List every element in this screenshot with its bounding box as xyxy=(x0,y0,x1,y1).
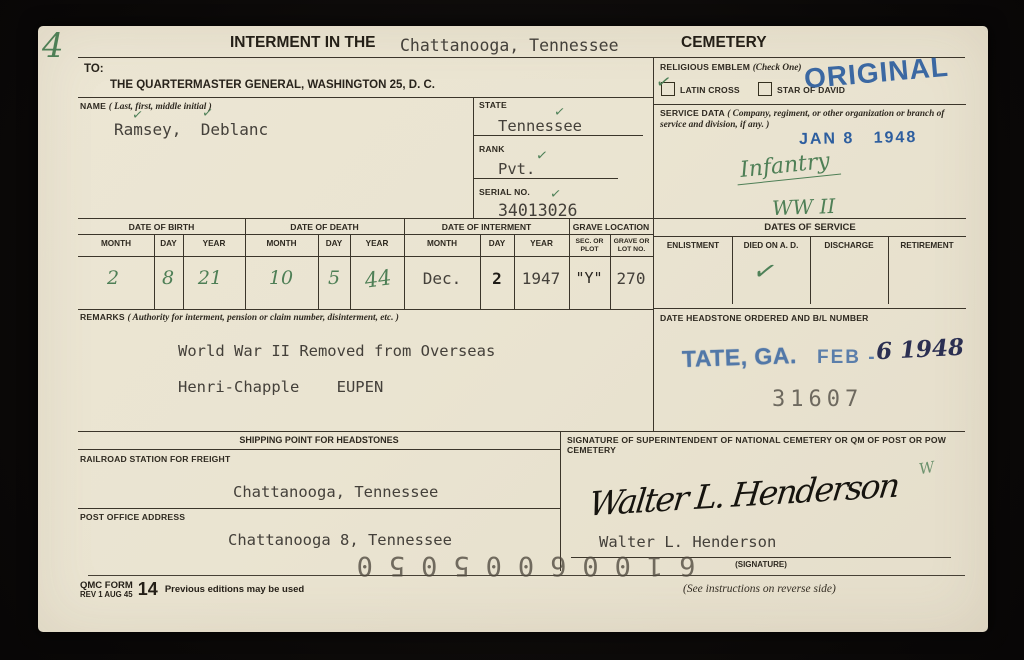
died-on-ad-header: DIED ON A. D. xyxy=(732,241,810,250)
document-page: 4 INTERMENT IN THE Chattanooga, Tennesse… xyxy=(38,26,988,632)
signature-script: Walter L. Henderson xyxy=(587,465,900,523)
birth-title: DATE OF BIRTH xyxy=(78,222,245,232)
form-title: INTERMENT IN THE xyxy=(230,34,376,52)
enlistment-header: ENLISTMENT xyxy=(654,241,732,250)
signature-green-mark: W xyxy=(918,458,936,478)
table-rule2 xyxy=(78,256,653,257)
latin-cross-checkbox: ✓ xyxy=(661,82,675,101)
lot-label: GRAVE OR LOT NO. xyxy=(610,238,653,253)
name-field-label: NAME ( Last, first, middle initial ) xyxy=(80,101,212,112)
form-id-line2: REV 1 AUG 45 xyxy=(80,590,133,599)
signature-typed: Walter L. Henderson xyxy=(599,533,776,551)
death-month-value: 10 xyxy=(269,267,293,289)
name-field-value: Ramsey, Deblanc xyxy=(114,120,268,139)
interment-month-value: Dec. xyxy=(423,269,462,288)
retirement-header: RETIREMENT xyxy=(888,241,966,250)
state-rank-serial-box: STATE ✓ Tennessee RANK ✓ Pvt. SERIAL NO.… xyxy=(473,98,654,218)
service-war-handwriting: WW II xyxy=(772,194,836,220)
col-month: MONTH xyxy=(245,239,318,248)
birth-month-value: 2 xyxy=(107,267,119,289)
birth-day-value: 8 xyxy=(162,267,174,289)
remarks-line-1: World War II Removed from Overseas xyxy=(178,342,495,360)
grave-plot-value: "Y" xyxy=(575,269,602,287)
railroad-value: Chattanooga, Tennessee xyxy=(233,483,438,501)
po-label: POST OFFICE ADDRESS xyxy=(80,512,185,522)
died-on-ad-check-icon: ✓ xyxy=(749,256,780,289)
col-month: MONTH xyxy=(78,239,154,248)
state-field-value: Tennessee xyxy=(474,117,643,136)
rank-field-value: Pvt. xyxy=(474,160,618,179)
grave-lot-value: 270 xyxy=(617,269,646,288)
shipping-title: SHIPPING POINT FOR HEADSTONES xyxy=(78,435,560,445)
addressee-value: THE QUARTERMASTER GENERAL, WASHINGTON 25… xyxy=(110,79,435,91)
original-stamp: ORIGINAL xyxy=(803,51,950,96)
latin-cross-label: LATIN CROSS xyxy=(680,85,740,95)
form-id-line1: QMC FORM xyxy=(80,581,133,590)
col-year: YEAR xyxy=(514,239,569,248)
railroad-label: RAILROAD STATION FOR FREIGHT xyxy=(80,454,230,464)
col-year: YEAR xyxy=(183,239,245,248)
plot-label: SEC. OR PLOT xyxy=(569,238,610,253)
col-day: DAY xyxy=(480,239,514,248)
page-number-annotation: 4 xyxy=(42,26,64,66)
service-branch-handwriting: Infantry xyxy=(735,148,841,186)
form-id-block: QMC FORM REV 1 AUG 45 14 Previous editio… xyxy=(80,579,304,600)
birth-year-value: 21 xyxy=(198,267,222,289)
headstone-ordered-label: DATE HEADSTONE ORDERED AND B/L NUMBER xyxy=(660,313,869,323)
table-rule xyxy=(78,234,653,235)
col-month: MONTH xyxy=(404,239,480,248)
signature-label: SIGNATURE OF SUPERINTENDENT OF NATIONAL … xyxy=(567,435,955,455)
interment-year-value: 1947 xyxy=(522,269,561,288)
rank-field-label: RANK xyxy=(479,144,505,154)
headstone-date-handwriting: 6 1948 xyxy=(875,334,964,366)
table-divider xyxy=(404,219,405,309)
religious-rule xyxy=(654,104,966,105)
remarks-label: REMARKS ( Authority for interment, pensi… xyxy=(80,312,399,323)
state-field-label: STATE xyxy=(479,100,507,110)
death-year-value: 44 xyxy=(363,265,393,292)
form-id: QMC FORM REV 1 AUG 45 xyxy=(80,581,133,599)
po-value: Chattanooga 8, Tennessee xyxy=(228,531,452,549)
control-number-stamp: 61006005050 xyxy=(308,550,728,581)
form-number: 14 xyxy=(138,579,158,600)
grave-title: GRAVE LOCATION xyxy=(569,222,653,232)
discharge-header: DISCHARGE xyxy=(810,241,888,250)
dates-of-service-title: DATES OF SERVICE xyxy=(654,222,966,233)
addressee-label: TO: xyxy=(84,63,104,75)
interment-title: DATE OF INTERMENT xyxy=(404,222,569,232)
star-of-david-checkbox xyxy=(758,82,772,101)
po-rule xyxy=(78,508,560,509)
table-divider xyxy=(245,219,246,309)
col-day: DAY xyxy=(154,239,183,248)
headstone-place-stamp: TATE, GA. xyxy=(682,342,798,373)
shipping-rule xyxy=(78,449,560,450)
death-day-value: 5 xyxy=(328,267,340,289)
religious-emblem-label: RELIGIOUS EMBLEM (Check One) xyxy=(660,62,802,73)
death-title: DATE OF DEATH xyxy=(245,222,404,232)
checkbox-icon xyxy=(758,82,772,96)
dos-bottom-rule xyxy=(654,308,966,309)
right-column: RELIGIOUS EMBLEM (Check One) ✓ LATIN CRO… xyxy=(653,57,966,431)
date-received-stamp: JAN 8 1948 xyxy=(799,129,918,149)
dates-table: DATE OF BIRTH DATE OF DEATH DATE OF INTE… xyxy=(78,218,653,310)
col-day: DAY xyxy=(318,239,350,248)
serial-field-label: SERIAL NO. xyxy=(479,187,530,197)
service-rule xyxy=(654,218,966,219)
interment-day-value: 2 xyxy=(492,269,502,288)
cemetery-name-field: Chattanooga, Tennessee xyxy=(400,36,619,55)
table-divider xyxy=(569,219,570,309)
reverse-side-note: (See instructions on reverse side) xyxy=(683,583,836,595)
bl-number: 31607 xyxy=(772,387,863,412)
headstone-month-stamp: FEB - xyxy=(817,347,877,369)
form-title-cemetery: CEMETERY xyxy=(681,34,767,52)
remarks-line-2: Henri-Chapple EUPEN xyxy=(178,378,383,396)
service-data-label: SERVICE DATA ( Company, regiment, or oth… xyxy=(660,108,958,130)
col-year: YEAR xyxy=(350,239,404,248)
form-note: Previous editions may be used xyxy=(165,584,304,595)
